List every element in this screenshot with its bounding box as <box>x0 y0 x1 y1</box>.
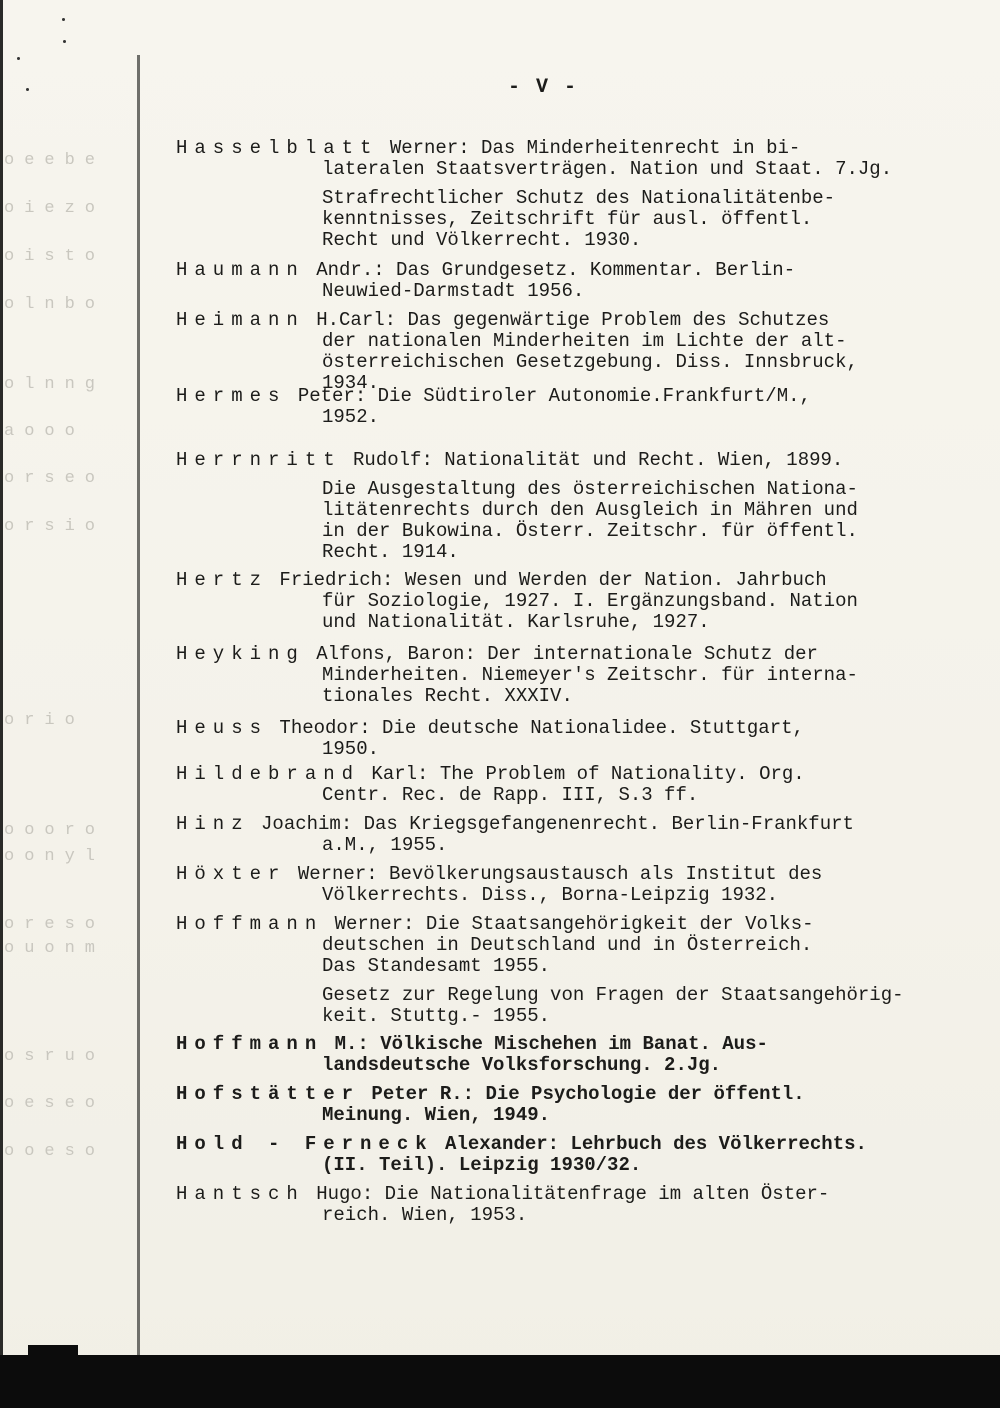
bibliography-entry: Heyking Alfons, Baron: Der international… <box>176 644 966 707</box>
entry-continuation: deutschen in Deutschland und in Österrei… <box>176 935 966 956</box>
entry-surname: Hermes <box>176 385 286 407</box>
entry-continuation: reich. Wien, 1953. <box>176 1205 966 1226</box>
entry-head-line: Hasselblatt Werner: Das Minderheitenrech… <box>176 138 966 159</box>
entry-surname: Heimann <box>176 309 305 331</box>
entry-text: Werner: Das Minderheitenrecht in bi- <box>378 137 800 159</box>
entry-head-line: Hold - Ferneck Alexander: Lehrbuch des V… <box>176 1134 966 1155</box>
entry-text: Peter: Die Südtiroler Autonomie.Frankfur… <box>286 385 811 407</box>
entry-continuation: Das Standesamt 1955. <box>176 956 966 977</box>
bibliography-entry: Hinz Joachim: Das Kriegsgefangenenrecht.… <box>176 814 966 856</box>
entry-continuation: landsdeutsche Volksforschung. 2.Jg. <box>176 1055 966 1076</box>
entry-head-line: Höxter Werner: Bevölkerungsaustausch als… <box>176 864 966 885</box>
entry-surname: Höxter <box>176 863 286 885</box>
sub-work-line: kenntnisses, Zeitschrift für ausl. öffen… <box>176 209 966 230</box>
entry-continuation: 1950. <box>176 739 966 760</box>
sub-work-line: keit. Stuttg.- 1955. <box>176 1006 966 1027</box>
entry-head-line: Hildebrand Karl: The Problem of National… <box>176 764 966 785</box>
entry-text: Werner: Bevölkerungsaustausch als Instit… <box>286 863 822 885</box>
entry-continuation: Minderheiten. Niemeyer's Zeitschr. für i… <box>176 665 966 686</box>
entry-continuation: Völkerrechts. Diss., Borna-Leipzig 1932. <box>176 885 966 906</box>
sub-work-line: Recht und Völkerrecht. 1930. <box>176 230 966 251</box>
entry-text: M.: Völkische Mischehen im Banat. Aus- <box>323 1033 768 1055</box>
bibliography-entry: Herrnritt Rudolf: Nationalität und Recht… <box>176 450 966 563</box>
entry-surname: Hofstätter <box>176 1083 360 1105</box>
entry-surname: Haumann <box>176 259 305 281</box>
entry-surname: Hantsch <box>176 1183 305 1205</box>
entry-text: Joachim: Das Kriegsgefangenenrecht. Berl… <box>250 813 854 835</box>
entry-head-line: Heimann H.Carl: Das gegenwärtige Problem… <box>176 310 966 331</box>
entry-surname: Herrnritt <box>176 449 342 471</box>
entry-text: Peter R.: Die Psychologie der öffentl. <box>360 1083 805 1105</box>
bibliography-entry: Hasselblatt Werner: Das Minderheitenrech… <box>176 138 966 251</box>
bibliography-entry: Hoffmann Werner: Die Staatsangehörigkeit… <box>176 914 966 1027</box>
entry-head-line: Heyking Alfons, Baron: Der international… <box>176 644 966 665</box>
entry-continuation: lateralen Staatsverträgen. Nation und St… <box>176 159 966 180</box>
ink-speck <box>63 40 66 43</box>
entry-text: Alexander: Lehrbuch des Völkerrechts. <box>434 1133 867 1155</box>
bibliography-entry: Hoffmann M.: Völkische Mischehen im Bana… <box>176 1034 966 1076</box>
entry-continuation: tionales Recht. XXXIV. <box>176 686 966 707</box>
scan-shadow <box>0 1355 1000 1408</box>
entry-continuation: der nationalen Minderheiten im Lichte de… <box>176 331 966 352</box>
sub-work-line: Gesetz zur Regelung von Fragen der Staat… <box>176 985 966 1006</box>
entry-text: Karl: The Problem of Nationality. Org. <box>360 763 805 785</box>
entry-surname: Heuss <box>176 717 268 739</box>
entry-continuation: (II. Teil). Leipzig 1930/32. <box>176 1155 966 1176</box>
entry-text: Alfons, Baron: Der internationale Schutz… <box>305 643 818 665</box>
bibliography-entry: Hertz Friedrich: Wesen und Werden der Na… <box>176 570 966 633</box>
entry-head-line: Hermes Peter: Die Südtiroler Autonomie.F… <box>176 386 966 407</box>
entry-surname: Hinz <box>176 813 250 835</box>
page-number: - V - <box>508 76 578 99</box>
ink-speck <box>17 57 20 60</box>
entry-text: Theodor: Die deutsche Nationalidee. Stut… <box>268 717 804 739</box>
bibliography-entry: Hantsch Hugo: Die Nationalitätenfrage im… <box>176 1184 966 1226</box>
entry-head-line: Heuss Theodor: Die deutsche Nationalidee… <box>176 718 966 739</box>
margin-rule <box>137 55 140 1355</box>
sub-work-line: litätenrechts durch den Ausgleich in Mäh… <box>176 500 966 521</box>
entry-text: Hugo: Die Nationalitätenfrage im alten Ö… <box>305 1183 830 1205</box>
entry-text: Werner: Die Staatsangehörigkeit der Volk… <box>323 913 813 935</box>
entry-continuation: Meinung. Wien, 1949. <box>176 1105 966 1126</box>
entry-text: Rudolf: Nationalität und Recht. Wien, 18… <box>342 449 844 471</box>
entry-sub-work: Strafrechtlicher Schutz des Nationalität… <box>176 188 966 251</box>
ink-speck <box>26 88 29 91</box>
entry-surname: Hildebrand <box>176 763 360 785</box>
bibliography-entry: Hildebrand Karl: The Problem of National… <box>176 764 966 806</box>
entry-head-line: Haumann Andr.: Das Grundgesetz. Kommenta… <box>176 260 966 281</box>
entry-continuation: 1952. <box>176 407 966 428</box>
bibliography-entry: Haumann Andr.: Das Grundgesetz. Kommenta… <box>176 260 966 302</box>
scan-edge <box>0 0 3 1360</box>
entry-surname: Hoffmann <box>176 1033 323 1055</box>
entry-head-line: Hoffmann Werner: Die Staatsangehörigkeit… <box>176 914 966 935</box>
entry-continuation: österreichischen Gesetzgebung. Diss. Inn… <box>176 352 966 373</box>
entry-surname: Hertz <box>176 569 268 591</box>
entry-text: Friedrich: Wesen und Werden der Nation. … <box>268 569 827 591</box>
bibliography-entry: Heimann H.Carl: Das gegenwärtige Problem… <box>176 310 966 394</box>
document-page: oeebe oiezo oisto olnbo olnng aooo orseo… <box>0 0 1000 1408</box>
entry-sub-work: Die Ausgestaltung des österreichischen N… <box>176 479 966 563</box>
entry-surname: Heyking <box>176 643 305 665</box>
entry-continuation: a.M., 1955. <box>176 835 966 856</box>
entry-head-line: Hantsch Hugo: Die Nationalitätenfrage im… <box>176 1184 966 1205</box>
entry-surname: Hold - Ferneck <box>176 1133 434 1155</box>
entry-continuation: Centr. Rec. de Rapp. III, S.3 ff. <box>176 785 966 806</box>
sub-work-line: Die Ausgestaltung des österreichischen N… <box>176 479 966 500</box>
entry-surname: Hasselblatt <box>176 137 378 159</box>
entry-surname: Hoffmann <box>176 913 323 935</box>
ink-speck <box>62 18 65 21</box>
sub-work-line: Recht. 1914. <box>176 542 966 563</box>
bibliography-entry: Heuss Theodor: Die deutsche Nationalidee… <box>176 718 966 760</box>
bibliography-entry: Höxter Werner: Bevölkerungsaustausch als… <box>176 864 966 906</box>
bibliography-entry: Hold - Ferneck Alexander: Lehrbuch des V… <box>176 1134 966 1176</box>
entry-head-line: Hofstätter Peter R.: Die Psychologie der… <box>176 1084 966 1105</box>
entry-continuation: Neuwied-Darmstadt 1956. <box>176 281 966 302</box>
entry-head-line: Hoffmann M.: Völkische Mischehen im Bana… <box>176 1034 966 1055</box>
entry-text: Andr.: Das Grundgesetz. Kommentar. Berli… <box>305 259 795 281</box>
sub-work-line: in der Bukowina. Österr. Zeitschr. für ö… <box>176 521 966 542</box>
entry-text: H.Carl: Das gegenwärtige Problem des Sch… <box>305 309 830 331</box>
entry-sub-work: Gesetz zur Regelung von Fragen der Staat… <box>176 985 966 1027</box>
sub-work-line: Strafrechtlicher Schutz des Nationalität… <box>176 188 966 209</box>
entry-head-line: Herrnritt Rudolf: Nationalität und Recht… <box>176 450 966 471</box>
entry-head-line: Hinz Joachim: Das Kriegsgefangenenrecht.… <box>176 814 966 835</box>
entry-head-line: Hertz Friedrich: Wesen und Werden der Na… <box>176 570 966 591</box>
entry-continuation: und Nationalität. Karlsruhe, 1927. <box>176 612 966 633</box>
entry-continuation: für Soziologie, 1927. I. Ergänzungsband.… <box>176 591 966 612</box>
bibliography-entry: Hofstätter Peter R.: Die Psychologie der… <box>176 1084 966 1126</box>
bibliography-entry: Hermes Peter: Die Südtiroler Autonomie.F… <box>176 386 966 428</box>
